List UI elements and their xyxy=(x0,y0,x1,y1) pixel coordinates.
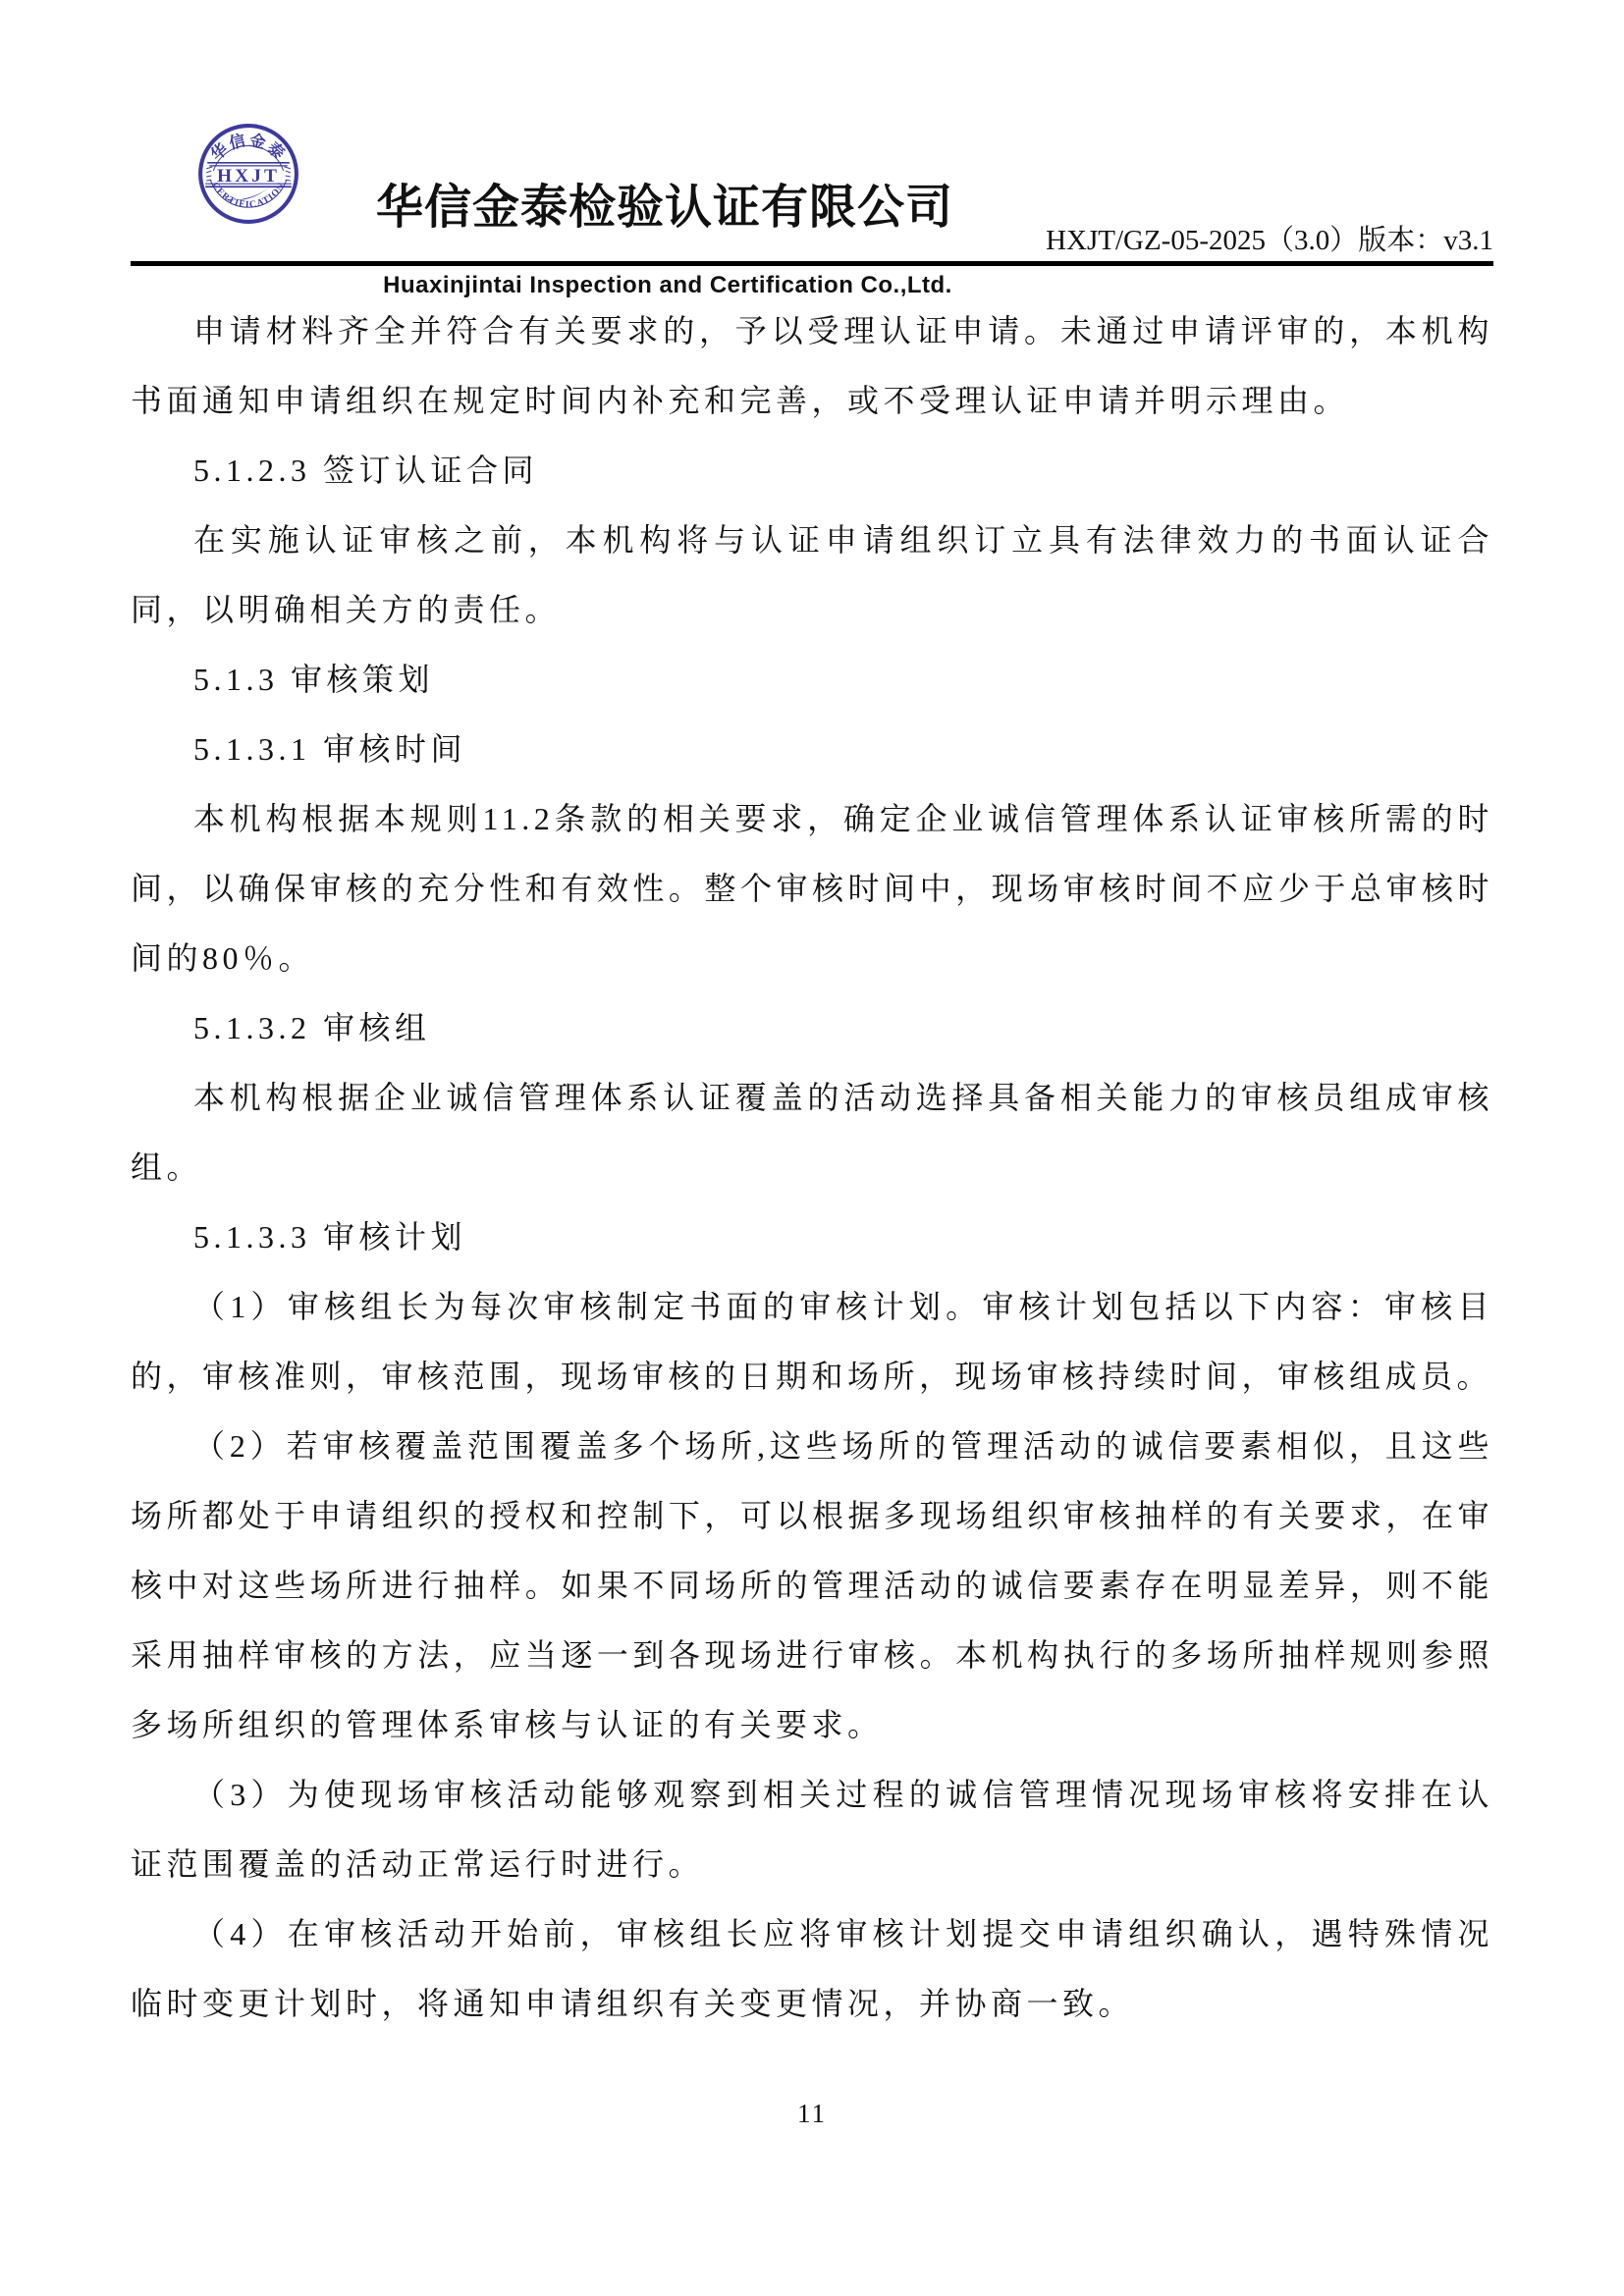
document-page: 华信金泰 HXJT CERTIFICATION 华信金泰检验认证有限公司 HXJ… xyxy=(0,0,1624,2296)
section-heading: 5.1.3.2 审核组 xyxy=(131,993,1493,1063)
paragraph: （1）审核组长为每次审核制定书面的审核计划。审核计划包括以下内容：审核目的，审核… xyxy=(131,1272,1493,1412)
paragraph: 本机构根据本规则11.2条款的相关要求，确定企业诚信管理体系认证审核所需的时间，… xyxy=(131,784,1493,993)
company-seal-logo-icon: 华信金泰 HXJT CERTIFICATION xyxy=(196,120,300,228)
paragraph: （4）在审核活动开始前，审核组长应将审核计划提交申请组织确认，遇特殊情况临时变更… xyxy=(131,1899,1493,2039)
paragraph: 在实施认证审核之前，本机构将与认证申请组织订立具有法律效力的书面认证合同，以明确… xyxy=(131,506,1493,645)
paragraph: （3）为使现场审核活动能够观察到相关过程的诚信管理情况现场审核将安排在认证范围覆… xyxy=(131,1760,1493,1899)
svg-text:HXJT: HXJT xyxy=(217,166,280,187)
doc-reference: HXJT/GZ-05-2025（3.0）版本：v3.1 xyxy=(1046,226,1493,257)
page-number: 11 xyxy=(0,2099,1624,2129)
paragraph: （2）若审核覆盖范围覆盖多个场所,这些场所的管理活动的诚信要素相似，且这些场所都… xyxy=(131,1412,1493,1760)
document-body: 申请材料齐全并符合有关要求的，予以受理认证申请。未通过申请评审的，本机构书面通知… xyxy=(131,296,1493,2039)
header-divider xyxy=(131,261,1493,266)
company-name-cn: 华信金泰检验认证有限公司 xyxy=(376,183,953,235)
paragraph: 本机构根据企业诚信管理体系认证覆盖的活动选择具备相关能力的审核员组成审核组。 xyxy=(131,1063,1493,1202)
section-heading: 5.1.3.1 审核时间 xyxy=(131,715,1493,784)
paragraph: 申请材料齐全并符合有关要求的，予以受理认证申请。未通过申请评审的，本机构书面通知… xyxy=(131,296,1493,436)
section-heading: 5.1.3 审核策划 xyxy=(131,645,1493,715)
section-heading: 5.1.2.3 签订认证合同 xyxy=(131,436,1493,506)
section-heading: 5.1.3.3 审核计划 xyxy=(131,1202,1493,1272)
company-name-en: Huaxinjintai Inspection and Certificatio… xyxy=(275,272,1060,299)
